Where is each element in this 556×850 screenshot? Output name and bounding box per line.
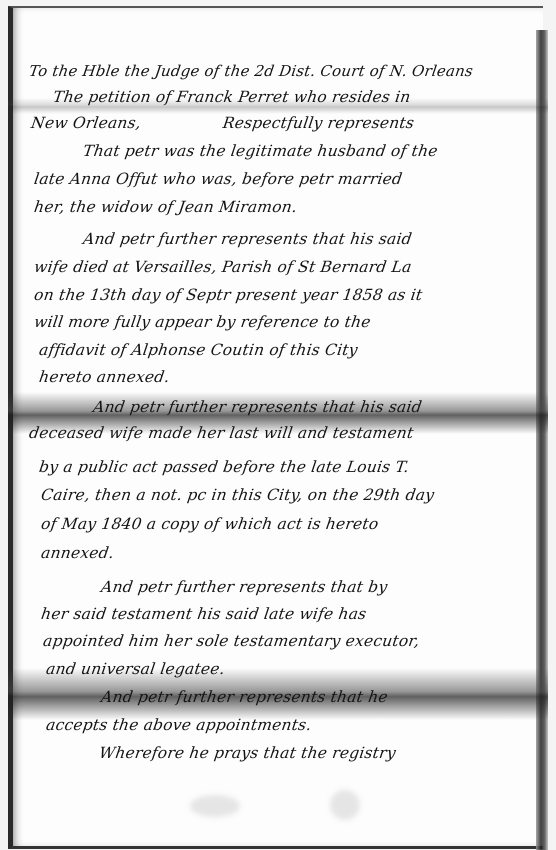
text-line: affidavit of Alphonse Coutin of this Cit…	[38, 341, 359, 359]
text-line: deceased wife made her last will and tes…	[28, 424, 415, 442]
text-line: hereto annexed.	[38, 368, 171, 386]
stain	[330, 790, 360, 820]
text-line: And petr further represents that his sai…	[92, 398, 423, 416]
text-line: will more fully appear by reference to t…	[33, 313, 372, 331]
text-line: and universal legatee.	[45, 660, 226, 678]
text-line: And petr further represents that his sai…	[82, 230, 413, 248]
text-line: of May 1840 a copy of which act is heret…	[40, 515, 380, 533]
text-line: late Anna Offut who was, before petr mar…	[33, 170, 403, 188]
text-line: by a public act passed before the late L…	[38, 458, 410, 476]
text-line: Wherefore he prays that the registry	[98, 744, 397, 762]
text-line: To the Hble the Judge of the 2d Dist. Co…	[28, 62, 474, 80]
stain	[190, 795, 240, 817]
text-line: And petr further represents that by	[100, 578, 389, 596]
text-line: That petr was the legitimate husband of …	[82, 142, 439, 160]
text-line: her said testament his said late wife ha…	[40, 605, 368, 623]
text-line: annexed.	[40, 544, 115, 562]
text-line: on the 13th day of Septr present year 18…	[33, 286, 424, 304]
text-line: her, the widow of Jean Miramon.	[33, 198, 298, 216]
text-line: New Orleans, Respectfully represents	[30, 114, 415, 132]
text-line: appointed him her sole testamentary exec…	[42, 632, 421, 650]
page-edge-shadow	[536, 30, 548, 850]
text-line: The petition of Franck Perret who reside…	[52, 88, 412, 106]
text-line: wife died at Versailles, Parish of St Be…	[33, 258, 413, 276]
text-line: Caire, then a not. pc in this City, on t…	[40, 486, 435, 504]
text-line: And petr further represents that he	[100, 688, 389, 706]
text-line: accepts the above appointments.	[45, 716, 313, 734]
